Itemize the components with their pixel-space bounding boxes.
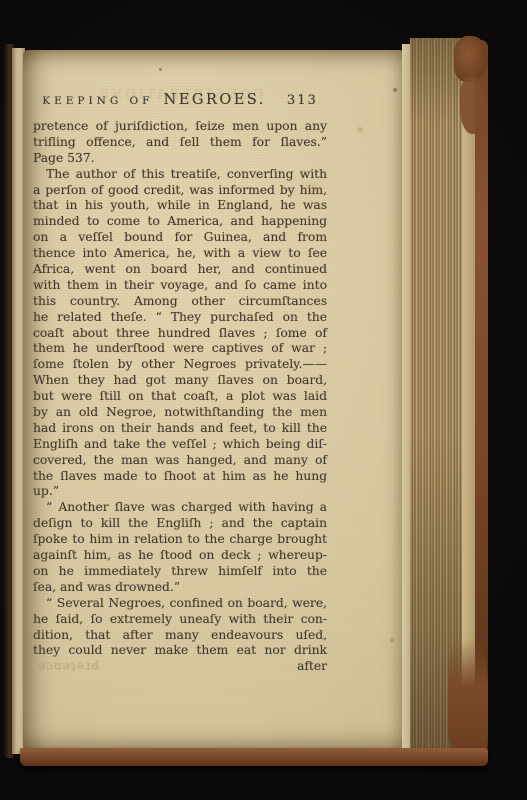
text-line: pretence of juriſdiction, ſeize men upon… bbox=[33, 119, 327, 135]
text-line: ſpoke to him in relation to the charge b… bbox=[33, 532, 327, 548]
paper-stain bbox=[393, 88, 397, 92]
page-number: 313 bbox=[287, 93, 318, 108]
running-header-title-small: KEEPING OF bbox=[42, 95, 153, 107]
text-line: with them in their voyage, and ſo came i… bbox=[33, 278, 327, 294]
text-line: ſome ſtolen by other Negroes privately.—… bbox=[33, 357, 327, 373]
text-line: “ Several Negroes, confined on board, we… bbox=[33, 596, 327, 612]
book-fore-edge bbox=[402, 38, 488, 762]
text-line: them he underſtood were captives of war … bbox=[33, 341, 327, 357]
text-line: Engliſh and take the veſſel ; which bein… bbox=[33, 437, 327, 453]
running-header: KEEPING OF NEGROES. 313 bbox=[33, 89, 327, 108]
leather-bottom-corner bbox=[448, 638, 488, 758]
text-line: by an old Negroe, notwithſtanding the me… bbox=[33, 405, 327, 421]
text-line: this country. Among other circumſtances bbox=[33, 294, 327, 310]
text-line: deſign to kill the Engliſh ; and the cap… bbox=[33, 516, 327, 532]
text-line: trifling offence, and ſell them for ſlav… bbox=[33, 135, 327, 151]
text-line: they could never make them eat nor drink bbox=[33, 643, 327, 659]
text-line: he related theſe. “ They purchaſed on th… bbox=[33, 310, 327, 326]
text-line: coaſt about three hundred ſlaves ; ſome … bbox=[33, 326, 327, 342]
text-line: he ſaid, ſo extremely uneaſy with their … bbox=[33, 612, 327, 628]
page-curve-edge bbox=[402, 44, 410, 756]
text-line: that in his youth, while in England, he … bbox=[33, 198, 327, 214]
book-cover-bottom-edge bbox=[20, 748, 488, 766]
text-line: thence into America, he, with a view to … bbox=[33, 246, 327, 262]
book-page: CONSIDERATIONS KEEPING OF NEGROES. 313 p… bbox=[23, 50, 402, 750]
text-line: Africa, went on board her, and continued bbox=[33, 262, 327, 278]
text-line: againſt him, as he ſtood on deck ; where… bbox=[33, 548, 327, 564]
text-line: When they had got many ſlaves on board, bbox=[33, 373, 327, 389]
text-line: up.” bbox=[33, 484, 327, 500]
text-line: on he immediately threw himſelf into the bbox=[33, 564, 327, 580]
running-header-title-large: NEGROES. bbox=[164, 92, 266, 108]
text-line: Page 537. bbox=[33, 151, 327, 167]
text-line: but were ſtill on that coaſt, a plot was… bbox=[33, 389, 327, 405]
text-line: covered, the man was hanged, and many of bbox=[33, 453, 327, 469]
text-line: dition, that after many endeavours uſed, bbox=[33, 628, 327, 644]
text-line: had irons on their hands and feet, to ki… bbox=[33, 421, 327, 437]
text-line: minded to come to America, and happening bbox=[33, 214, 327, 230]
text-line: a perſon of good credit, was informed by… bbox=[33, 183, 327, 199]
body-text: pretence of juriſdiction, ſeize men upon… bbox=[33, 119, 327, 675]
text-line: on a veſſel bound for Guinea, and from bbox=[33, 230, 327, 246]
text-line: The author of this treatiſe, converſing … bbox=[33, 167, 327, 183]
photo-background: CONSIDERATIONS KEEPING OF NEGROES. 313 p… bbox=[0, 0, 527, 800]
show-through-bottom-text: pretence bbox=[37, 660, 99, 674]
text-line: ſea, and was drowned.” bbox=[33, 580, 327, 596]
text-line: “ Another ſlave was charged with having … bbox=[33, 500, 327, 516]
paper-stain bbox=[355, 126, 365, 134]
paper-stain bbox=[389, 638, 395, 643]
text-line: the ſlaves made to ſhoot at him as he hu… bbox=[33, 469, 327, 485]
paper-stain bbox=[159, 68, 162, 71]
paper-stain bbox=[298, 178, 328, 198]
